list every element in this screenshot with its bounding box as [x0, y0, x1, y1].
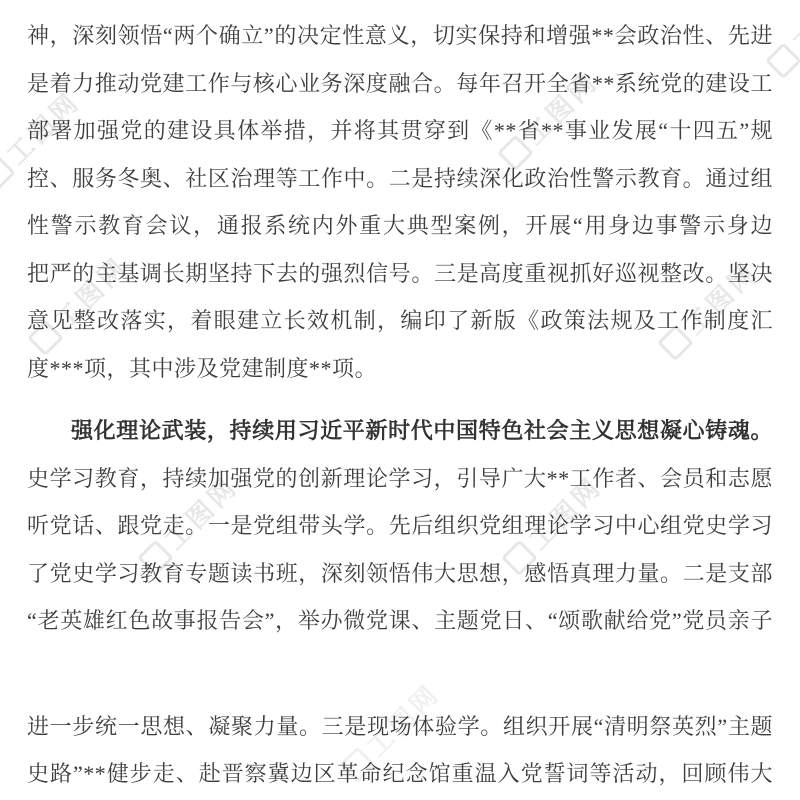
text-line: 了党史学习教育专题读书班，深刻领悟伟大思想，感悟真理力量。二是支部组织学。组织观… — [27, 550, 773, 598]
text-line: 史路”**健步走、赴晋察冀边区革命纪念馆重温入党誓词等活动，回顾伟大历程，接受精… — [27, 750, 773, 798]
text-line: 控、服务冬奥、社区治理等工作中。二是持续深化政治性警示教育。通过组织全省**系统… — [27, 155, 773, 203]
text-line: 神，深刻领悟“两个确立”的决定性意义，切实保持和增强**会政治性、先进性、群众性… — [27, 12, 773, 60]
text-line: “老英雄红色故事报告会”，举办微党课、主题党日、“颂歌献给党”党员亲子朗读等活动… — [27, 597, 773, 645]
bold-lead-sentence: 强化理论武装，持续用习近平新时代中国特色社会主义思想凝心铸魂。 — [71, 418, 773, 443]
text-line: 强化理论武装，持续用习近平新时代中国特色社会主义思想凝心铸魂。紧密结合开展党 — [27, 407, 773, 455]
text-line: 意见整改落实，着眼建立长效机制，编印了新版《政策法规及工作制度汇编》，共收录各类… — [27, 297, 773, 345]
text-line: 性警示教育会议，通报系统内外重大典型案例，开展“用身边事警示身边人”教育，持续释… — [27, 202, 773, 250]
text-line: 是着力推动党建工作与核心业务深度融合。每年召开全省**系统党的建设工作会议，深入… — [27, 60, 773, 108]
document-body: 神，深刻领悟“两个确立”的决定性意义，切实保持和增强**会政治性、先进性、群众性… — [0, 0, 800, 798]
text-line: 部署加强党的建设具体举措，并将其贯穿到《**省**事业发展“十四五”规划》编制和… — [27, 107, 773, 155]
text-line: 进一步统一思想、凝聚力量。三是现场体验学。组织开展“清明祭英烈”主题党日、“重温… — [27, 703, 773, 751]
text-line: 听党话、跟党走。一是党组带头学。先后组织党组理论学习中心组党史学习专题会**次，… — [27, 502, 773, 550]
text-line: 史学习教育，持续加强党的创新理论学习，引导广大**工作者、会员和志愿者坚定不移感… — [27, 455, 773, 503]
page-break-gap — [27, 645, 773, 703]
text-line: 把严的主基调长期坚持下去的强烈信号。三是高度重视抓好巡视整改。坚决彻底抓好巡视反… — [27, 250, 773, 298]
document-page: 工图网 工图网 工图网 工图网 工图网 工图网 工图网 工图网 神，深刻领悟“两… — [0, 0, 800, 800]
text-line: 度***项，其中涉及党建制度**项。 — [27, 345, 773, 393]
